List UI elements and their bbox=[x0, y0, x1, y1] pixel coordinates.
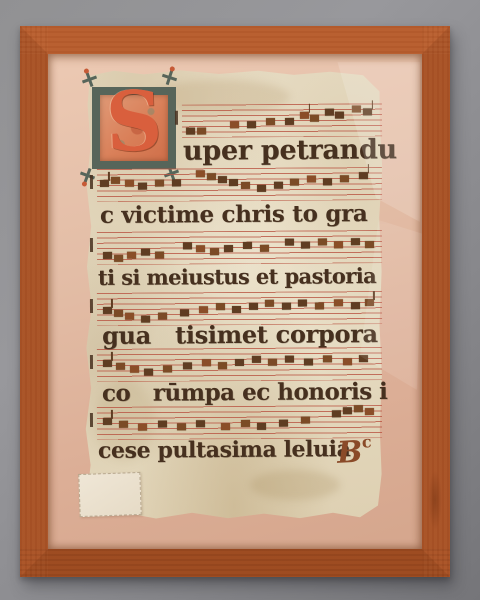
neume-square bbox=[130, 366, 139, 373]
neume-square bbox=[363, 108, 372, 115]
neume-square bbox=[116, 363, 125, 370]
neume-square bbox=[323, 355, 332, 362]
scribal-end-mark: Bc bbox=[336, 432, 373, 471]
neume-stem bbox=[111, 352, 113, 361]
neume-square bbox=[334, 299, 343, 306]
neume-square bbox=[196, 170, 205, 177]
neume-square bbox=[183, 362, 192, 369]
neume-square bbox=[171, 179, 180, 186]
neume-square bbox=[359, 355, 368, 362]
neume-stem bbox=[372, 100, 374, 109]
neume-square bbox=[119, 421, 128, 428]
neume-square bbox=[247, 121, 256, 128]
neume-square bbox=[340, 175, 349, 182]
neume-square bbox=[274, 182, 283, 189]
neume-square bbox=[218, 362, 227, 369]
neume-square bbox=[230, 121, 239, 128]
neume-square bbox=[235, 359, 244, 366]
neume-stem bbox=[373, 291, 375, 300]
neume-square bbox=[216, 303, 225, 310]
neume-square bbox=[127, 252, 136, 259]
neume-square bbox=[343, 407, 352, 414]
neume-stem bbox=[309, 104, 311, 113]
chant-text-line: c victime chris to gra bbox=[100, 200, 368, 229]
music-staff bbox=[97, 347, 382, 382]
neume-square bbox=[249, 303, 258, 310]
neume-square bbox=[335, 112, 344, 119]
neume-square bbox=[265, 300, 274, 307]
neume-stem bbox=[111, 299, 113, 308]
neume-square bbox=[290, 179, 299, 186]
neume-square bbox=[325, 109, 334, 116]
neume-square bbox=[257, 423, 266, 430]
neume-square bbox=[318, 238, 327, 245]
neume-square bbox=[354, 405, 363, 412]
chant-text-line: gua tisimet corpora bbox=[102, 319, 378, 350]
chant-text-line: uper petrandu bbox=[183, 134, 397, 166]
neume-square bbox=[304, 358, 313, 365]
neume-square bbox=[138, 183, 147, 190]
neume-square bbox=[125, 180, 134, 187]
illuminated-initial-letter: S bbox=[100, 80, 167, 164]
neume-square bbox=[310, 115, 319, 122]
neume-square bbox=[266, 118, 275, 125]
neume-square bbox=[260, 245, 269, 252]
neume-square bbox=[183, 242, 192, 249]
neume-square bbox=[221, 423, 230, 430]
neume-square bbox=[300, 112, 309, 119]
neume-square bbox=[229, 179, 238, 186]
neume-square bbox=[155, 252, 164, 259]
neume-square bbox=[102, 360, 111, 367]
neume-square bbox=[359, 172, 368, 179]
neume-square bbox=[285, 239, 294, 246]
neume-square bbox=[332, 410, 341, 417]
neume-square bbox=[343, 358, 352, 365]
neume-square bbox=[301, 242, 310, 249]
music-staff bbox=[97, 230, 382, 265]
neume-square bbox=[251, 356, 260, 363]
neume-square bbox=[197, 128, 206, 135]
end-mark-sup: c bbox=[361, 432, 372, 451]
neume-square bbox=[100, 180, 109, 187]
neume-square bbox=[125, 313, 134, 320]
neume-square bbox=[352, 105, 361, 112]
chant-text-line: cese pultasima leluia bbox=[98, 436, 351, 464]
neume-square bbox=[144, 369, 153, 376]
neume-square bbox=[298, 300, 307, 307]
neume-square bbox=[158, 313, 167, 320]
music-staff bbox=[182, 103, 382, 137]
neume-square bbox=[199, 306, 208, 313]
neume-square bbox=[210, 248, 219, 255]
neume-square bbox=[202, 359, 211, 366]
neume-square bbox=[207, 173, 216, 180]
neume-square bbox=[307, 175, 316, 182]
neume-square bbox=[103, 252, 112, 259]
neume-square bbox=[111, 177, 120, 184]
music-staff bbox=[97, 167, 382, 202]
neume-square bbox=[102, 418, 111, 425]
wood-knot bbox=[428, 470, 442, 530]
neume-square bbox=[282, 303, 291, 310]
neume-square bbox=[103, 307, 112, 314]
neume-square bbox=[285, 118, 294, 125]
neume-square bbox=[334, 241, 343, 248]
neume-square bbox=[257, 185, 266, 192]
chant-text-line: ti si meiustus et pastoria bbox=[98, 263, 376, 290]
chant-text-line: co rūmpa ec honoris i bbox=[102, 378, 388, 407]
neume-square bbox=[163, 365, 172, 372]
neume-square bbox=[218, 176, 227, 183]
neume-square bbox=[351, 238, 360, 245]
neume-square bbox=[279, 420, 288, 427]
neume-square bbox=[114, 255, 123, 262]
neume-square bbox=[180, 309, 189, 316]
neume-square bbox=[243, 242, 252, 249]
neume-square bbox=[323, 178, 332, 185]
neume-stem bbox=[108, 172, 110, 181]
neume-square bbox=[177, 423, 186, 430]
neume-square bbox=[365, 241, 374, 248]
neume-square bbox=[240, 420, 249, 427]
neume-square bbox=[114, 310, 123, 317]
neume-square bbox=[240, 182, 249, 189]
neume-square bbox=[155, 180, 164, 187]
neume-square bbox=[268, 359, 277, 366]
end-mark-main: B bbox=[336, 435, 363, 471]
neume-square bbox=[196, 420, 205, 427]
photo-scene: S uper petrandu c victime chris to gra t… bbox=[0, 0, 480, 600]
repair-patch bbox=[78, 472, 141, 517]
neume-stem bbox=[111, 410, 113, 419]
neume-square bbox=[138, 424, 147, 431]
neume-square bbox=[365, 299, 374, 306]
neume-square bbox=[232, 306, 241, 313]
neume-square bbox=[365, 408, 374, 415]
neume-square bbox=[301, 417, 310, 424]
neume-square bbox=[351, 302, 360, 309]
neume-square bbox=[141, 249, 150, 256]
neume-square bbox=[315, 302, 324, 309]
neume-square bbox=[186, 128, 195, 135]
neume-square bbox=[285, 356, 294, 363]
neume-square bbox=[224, 245, 233, 252]
neume-square bbox=[158, 421, 167, 428]
illuminated-initial-block: S bbox=[92, 87, 176, 169]
neume-square bbox=[196, 245, 205, 252]
